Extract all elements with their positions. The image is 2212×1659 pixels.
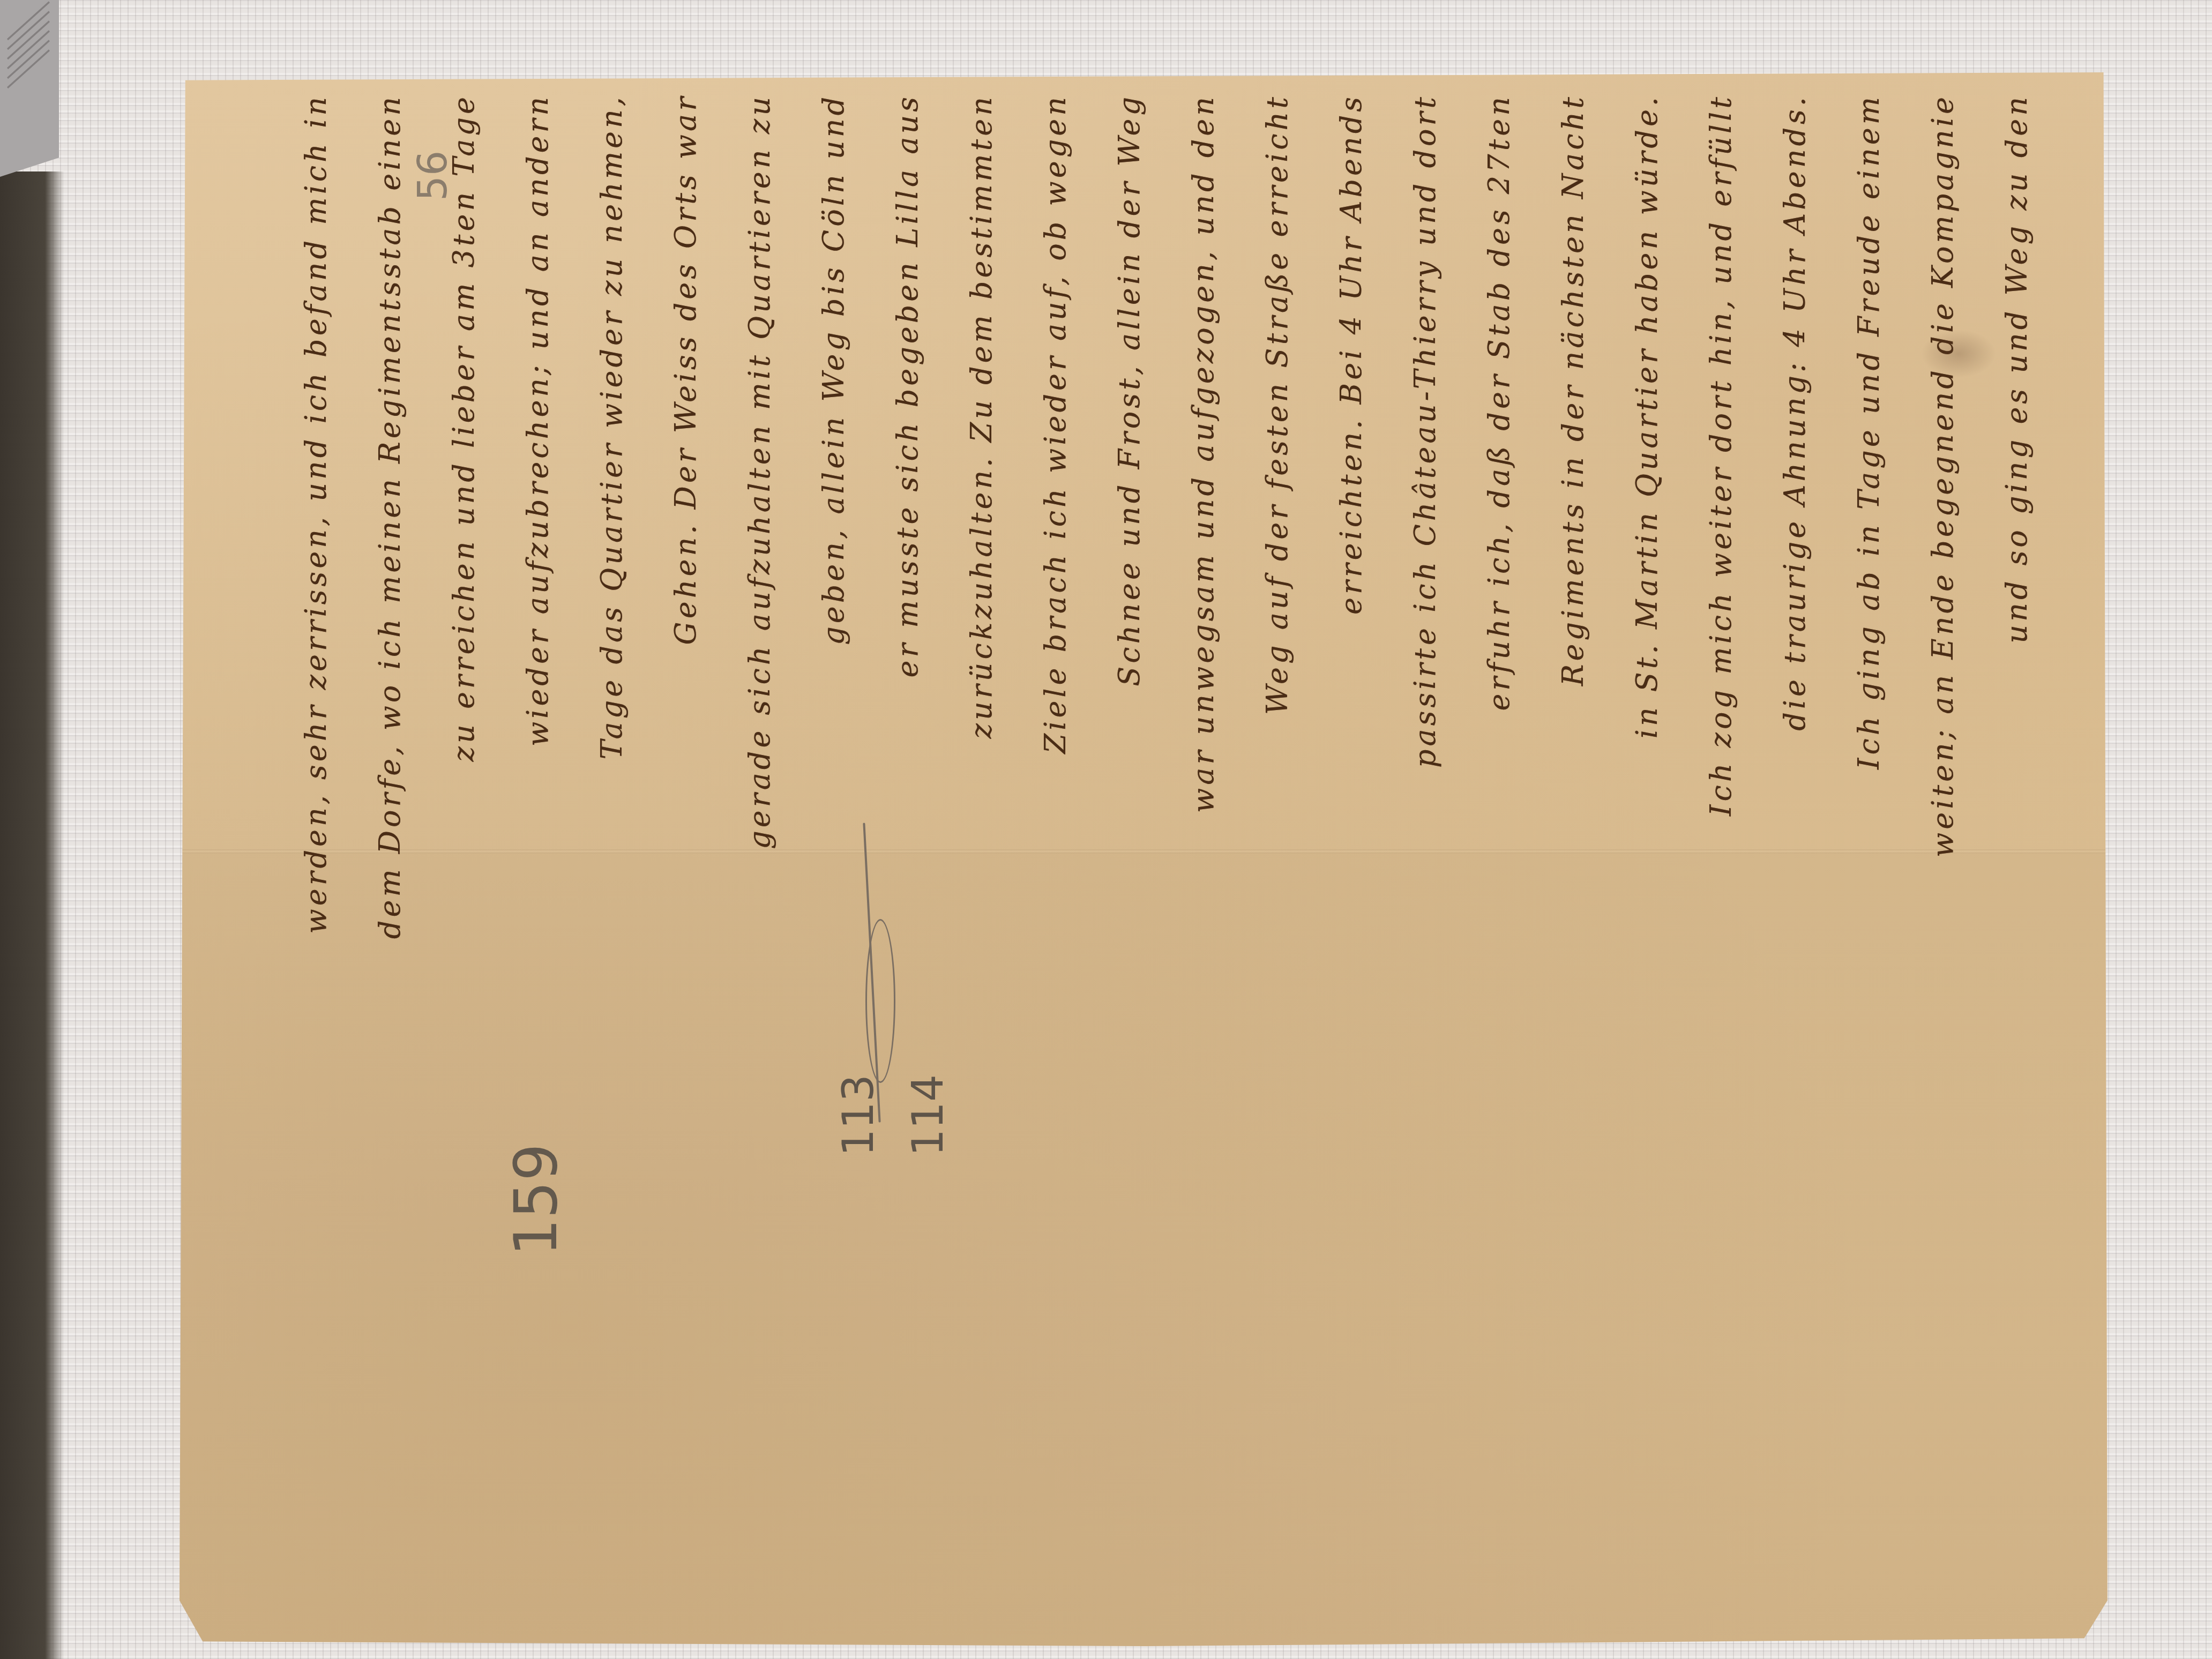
text-line: erfuhr ich, daß der Stab des 27ten [1478,94,1521,833]
text-line: wieder aufzubrechen; und an andern [517,94,559,833]
text-line: Weg auf der festen Straße erreicht [1256,94,1299,833]
text-line: Gehen. Der Weiss des Orts war [664,94,707,833]
archive-mark-bottom: 114 [903,1074,953,1156]
text-line: Ich zog mich weiter dort hin, und erfüll… [1700,94,1743,833]
text-line: Tage das Quartier wieder zu nehmen, [591,94,633,833]
pencil-bracket-loop [865,919,895,1083]
text-line: Schnee und Frost, allein der Weg [1108,94,1151,833]
text-line: gerade sich aufzuhalten mit Quartieren z… [738,94,781,833]
dark-table-edge [0,171,64,1659]
text-line: passirte ich Château-Thierry und dort [1404,94,1447,833]
text-line: Ich ging ab in Tage und Freude einem [1848,94,1890,833]
text-line: die traurige Ahnung: 4 Uhr Abends. [1774,94,1817,833]
manuscript-page: 56 werden, sehr zerrissen, und ich befan… [180,72,2111,1648]
text-line: und so ging es und Weg zu den [1996,94,2038,833]
blank-lower-half [180,852,2111,1648]
text-line: in St. Martin Quartier haben würde. [1626,94,1669,833]
archive-mark-top: 113 [833,1074,883,1156]
handwritten-text-block: werden, sehr zerrissen, und ich befand m… [295,94,2212,844]
text-line: dem Dorfe, wo ich meinen Regimentsstab e… [369,94,412,833]
ink-smudge [1921,330,1996,378]
text-line: zu erreichen und lieber am 3ten Tage [443,94,485,833]
folio-number: 159 [502,1144,570,1256]
text-line: er musste sich begeben Lilla aus [886,94,929,833]
text-line: zurückzuhalten. Zu dem bestimmten [960,94,1003,833]
fold-line [180,849,2111,854]
text-line: Regiments in der nächsten Nacht [1552,94,1595,833]
text-line: geben, allein Weg bis Cöln und [812,94,855,833]
text-line: Ziele brach ich wieder auf, ob wegen [1034,94,1077,833]
text-line: war unwegsam und aufgezogen, und den [1182,94,1225,833]
grey-printed-card [0,0,59,177]
text-line: erreichten. Bei 4 Uhr Abends [1330,94,1373,833]
text-line: weiten; an Ende begegnend die Kompagnie [1922,94,1964,833]
text-line: werden, sehr zerrissen, und ich befand m… [295,94,338,833]
